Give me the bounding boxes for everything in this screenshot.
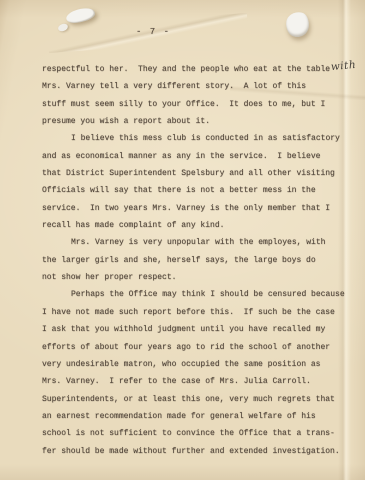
paper-tear-left-small: [57, 23, 69, 33]
text-line: fer should be made without further and e…: [42, 443, 352, 460]
text-line: Officials will say that there is not a b…: [42, 182, 352, 199]
typewritten-text: respectful to her. They and the people w…: [42, 65, 330, 74]
letter-body: respectful to her. They and the people w…: [42, 60, 352, 460]
text-line: Mrs. Varney tell a very different story.…: [42, 78, 352, 95]
text-line: efforts of about four years ago to rid t…: [42, 339, 352, 356]
handwritten-annotation: with: [330, 57, 357, 76]
text-line: school is not sufficient to convince the…: [42, 425, 352, 442]
typewritten-text: Perhaps the Office may think I should be…: [71, 290, 345, 299]
typewritten-text: service. In two years Mrs. Varney is the…: [42, 204, 330, 213]
text-line: not show her proper respect.: [42, 269, 352, 286]
typewritten-text: the larger girls and she, herself says, …: [42, 256, 316, 265]
typewritten-text: very undesirable matron, who occupied th…: [42, 360, 320, 369]
typewritten-text: that District Superintendent Spelsbury a…: [42, 169, 335, 178]
typewritten-text: I ask that you withhold judgment until y…: [42, 325, 325, 334]
text-line: presume you wish a report about it.: [42, 113, 352, 130]
text-line: respectful to her. They and the people w…: [42, 60, 352, 78]
typewritten-text: presume you wish a report about it.: [42, 117, 210, 126]
typewritten-text: an earnest recommendation made for gener…: [42, 412, 316, 421]
typewritten-text: not show her proper respect.: [42, 273, 176, 282]
text-line: the larger girls and she, herself says, …: [42, 252, 352, 269]
typewritten-text: Superintendents, or at least this one, v…: [42, 395, 335, 404]
text-line: an earnest recommendation made for gener…: [42, 408, 352, 425]
typewritten-text: I have not made such report before this.…: [42, 308, 335, 317]
text-line: Superintendents, or at least this one, v…: [42, 391, 352, 408]
text-line: I have not made such report before this.…: [42, 304, 352, 321]
typewritten-text: stuff must seem silly to your Office. It…: [42, 100, 325, 109]
typewritten-text: school is not sufficient to convince the…: [42, 429, 335, 438]
typewritten-text: Mrs. Varney. I refer to the case of Mrs.…: [42, 377, 311, 386]
typewritten-text: fer should be made without further and e…: [42, 447, 340, 456]
text-line: I believe this mess club is conducted in…: [42, 130, 352, 147]
typewritten-text: recall has made complaint of any kind.: [42, 221, 224, 230]
page-number: - 7 -: [136, 27, 171, 37]
text-line: recall has made complaint of any kind.: [42, 217, 352, 234]
typewritten-text: Mrs. Varney is very unpopular with the e…: [71, 238, 325, 247]
text-line: Mrs. Varney is very unpopular with the e…: [42, 234, 352, 251]
text-line: very undesirable matron, who occupied th…: [42, 356, 352, 373]
text-line: that District Superintendent Spelsbury a…: [42, 165, 352, 182]
text-line: and as economical manner as any in the s…: [42, 148, 352, 165]
typewritten-text: efforts of about four years ago to rid t…: [42, 343, 330, 352]
typewritten-text: I believe this mess club is conducted in…: [71, 134, 340, 143]
typewritten-text: and as economical manner as any in the s…: [42, 152, 320, 161]
paper-tear-left: [65, 5, 96, 25]
text-line: service. In two years Mrs. Varney is the…: [42, 200, 352, 217]
typewritten-text: Officials will say that there is not a b…: [42, 186, 316, 195]
text-line: I ask that you withhold judgment until y…: [42, 321, 352, 338]
text-line: Mrs. Varney. I refer to the case of Mrs.…: [42, 373, 352, 390]
text-line: Perhaps the Office may think I should be…: [42, 286, 352, 303]
paper-tear-right: [284, 10, 311, 38]
text-line: stuff must seem silly to your Office. It…: [42, 96, 352, 113]
typewritten-text: Mrs. Varney tell a very different story.…: [42, 82, 306, 91]
scanned-letter-page: - 7 - respectful to her. They and the pe…: [0, 0, 365, 480]
